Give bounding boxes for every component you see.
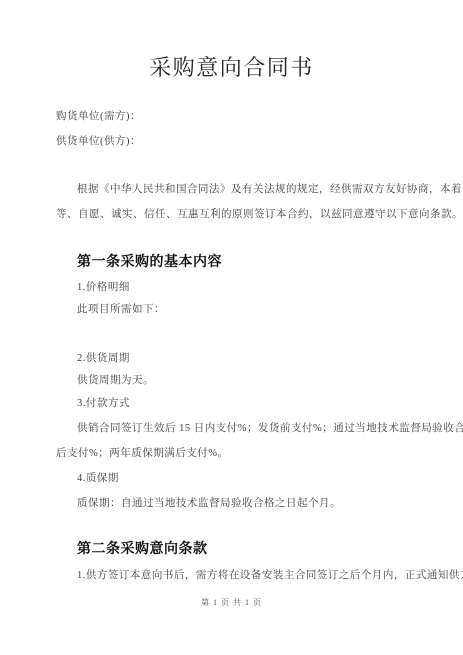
supplier-party-label: 供货单位(供方)： bbox=[56, 135, 421, 148]
page-number-footer: 第 1 页 共 1 页 bbox=[0, 597, 463, 608]
preamble-line-2: 等、自愿、诚实、信任、互惠互利的原则签订本合约，以兹同意遵守以下意向条款。 bbox=[56, 208, 421, 221]
payment-terms-line-1: 供销合同签订生效后 15 日内支付%；发货前支付%；通过当地技术监督局验收合格 bbox=[56, 422, 421, 435]
buyer-party-label: 购货单位(需方)： bbox=[56, 110, 421, 123]
section2-heading: 第二条采购意向条款 bbox=[56, 542, 421, 555]
item-warranty-label: 4.质保期 bbox=[56, 472, 421, 485]
item-delivery-period-text: 供货周期为天。 bbox=[56, 374, 421, 387]
item-price-detail-text: 此项目所需如下： bbox=[56, 303, 421, 316]
item-delivery-period-label: 2.供货周期 bbox=[56, 352, 421, 365]
contract-document-page: 采购意向合同书 购货单位(需方)： 供货单位(供方)： 根据《中华人民共和国合同… bbox=[0, 0, 463, 655]
item-price-detail-label: 1.价格明细 bbox=[56, 281, 421, 294]
section1-heading: 第一条采购的基本内容 bbox=[56, 255, 421, 268]
preamble-line-1: 根据《中华人民共和国合同法》及有关法规的规定，经供需双方友好协商，本着平 bbox=[56, 183, 421, 196]
item-payment-method-label: 3.付款方式 bbox=[56, 397, 421, 410]
section2-clause-1: 1.供方签订本意向书后，需方将在设备安装主合同签订之后个月内，正式通知供方 bbox=[56, 569, 421, 582]
payment-terms-line-2: 后支付%；两年质保期满后支付%。 bbox=[56, 447, 421, 460]
item-warranty-text: 质保期：自通过当地技术监督局验收合格之日起个月。 bbox=[56, 497, 421, 510]
document-title: 采购意向合同书 bbox=[0, 51, 463, 82]
